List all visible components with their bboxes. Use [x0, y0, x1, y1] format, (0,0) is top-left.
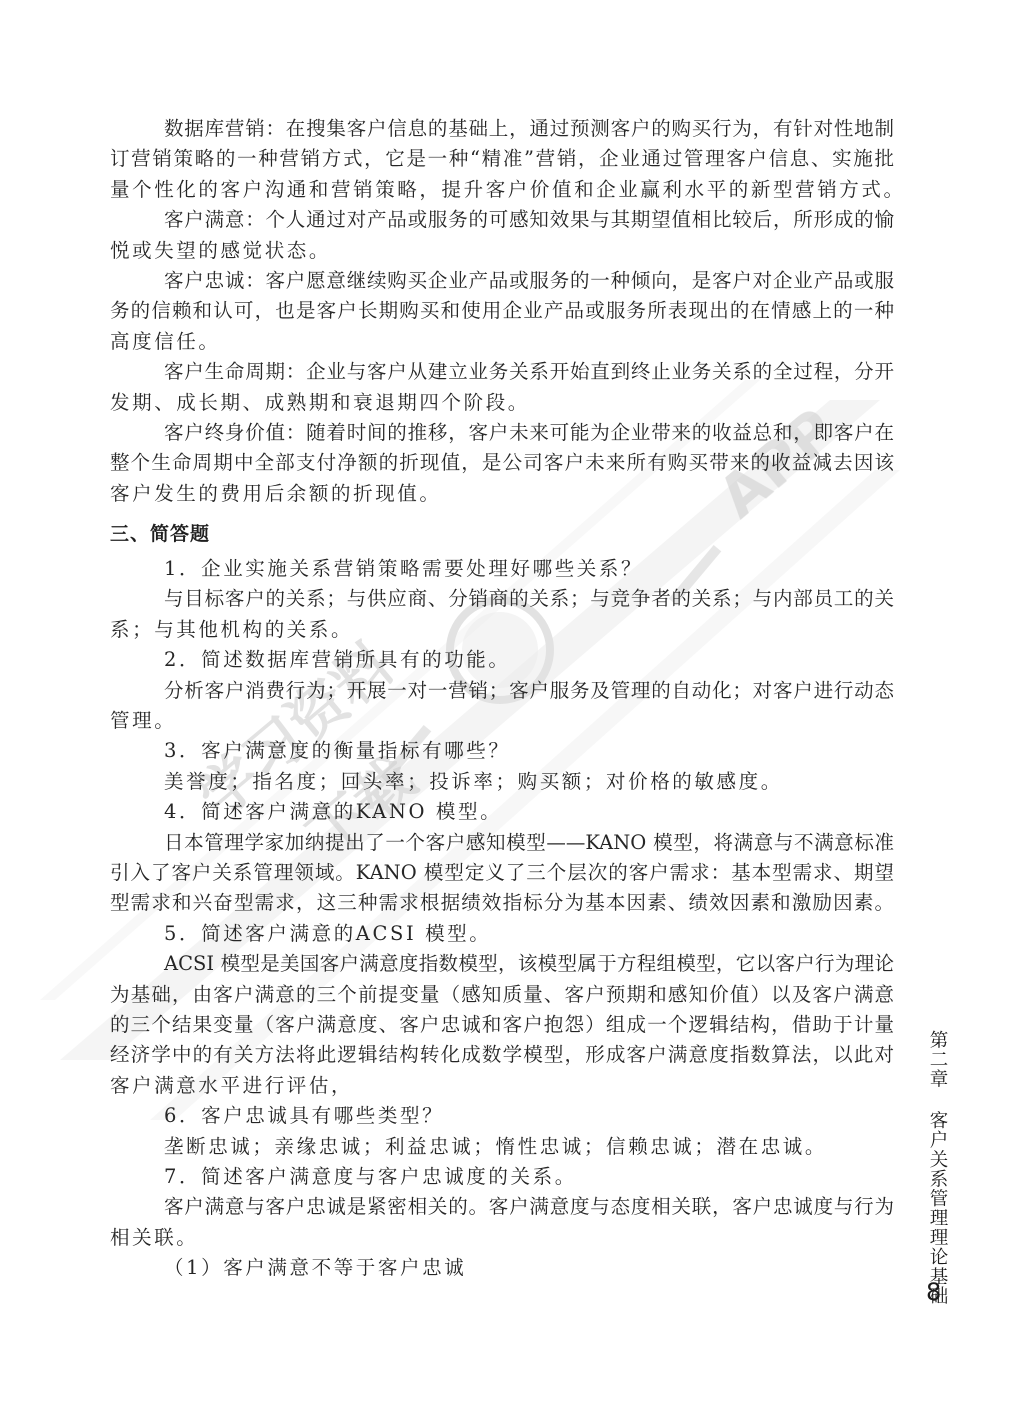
answer-line: 客户满意水平进行评估，	[110, 1071, 894, 1101]
chapter-title: 客户关系管理理论基础	[927, 1111, 948, 1306]
answer-line: 经济学中的有关方法将此逻辑结构转化成数学模型，形成客户满意度指数算法，以此对	[110, 1040, 894, 1070]
question-6: 6．客户忠诚具有哪些类型？ 垄断忠诚；亲缘忠诚；利益忠诚；惰性忠诚；信赖忠诚；潜…	[110, 1101, 894, 1162]
document-page: 学习资料 下载 APP 数据库营销：在搜集客户信息的基础上，通过预测客户的购买行…	[0, 0, 1015, 1413]
answer-line: 分析客户消费行为；开展一对一营销；客户服务及管理的自动化；对客户进行动态	[110, 676, 894, 706]
question-text: 6．客户忠诚具有哪些类型？	[110, 1101, 894, 1131]
question-text: 3．客户满意度的衡量指标有哪些？	[110, 736, 894, 766]
page-number: 8	[926, 1278, 941, 1306]
question-4: 4．简述客户满意的KANO 模型。 日本管理学家加纳提出了一个客户感知模型——K…	[110, 797, 894, 919]
chapter-number: 第二章	[927, 1030, 948, 1089]
answer-line: （1）客户满意不等于客户忠诚	[110, 1253, 894, 1283]
text-line: 整个生命周期中全部支付净额的折现值，是公司客户未来所有购买带来的收益减去因该	[110, 448, 894, 478]
text-line: 订营销策略的一种营销方式，它是一种“精准”营销，企业通过管理客户信息、实施批	[110, 144, 894, 174]
answer-line: 相关联。	[110, 1223, 894, 1253]
answer-line: 型需求和兴奋型需求，这三种需求根据绩效指标分为基本因素、绩效因素和激励因素。	[110, 888, 894, 918]
answer-line: 与目标客户的关系；与供应商、分销商的关系；与竞争者的关系；与内部员工的关	[110, 584, 894, 614]
question-3: 3．客户满意度的衡量指标有哪些？ 美誉度；指名度；回头率；投诉率；购买额；对价格…	[110, 736, 894, 797]
definition-customer-lifecycle: 客户生命周期：企业与客户从建立业务关系开始直到终止业务关系的全过程，分开 发期、…	[110, 357, 894, 418]
definition-database-marketing: 数据库营销：在搜集客户信息的基础上，通过预测客户的购买行为，有针对性地制 订营销…	[110, 114, 894, 205]
answer-line: 日本管理学家加纳提出了一个客户感知模型——KANO 模型，将满意与不满意标准	[110, 828, 894, 858]
question-5: 5．简述客户满意的ACSI 模型。 ACSI 模型是美国客户满意度指数模型，该模…	[110, 919, 894, 1101]
question-1: 1．企业实施关系营销策略需要处理好哪些关系？ 与目标客户的关系；与供应商、分销商…	[110, 554, 894, 645]
answer-line: 为基础，由客户满意的三个前提变量（感知质量、客户预期和感知价值）以及客户满意	[110, 980, 894, 1010]
text-line: 客户满意：个人通过对产品或服务的可感知效果与其期望值相比较后，所形成的愉	[110, 205, 894, 235]
question-text: 4．简述客户满意的KANO 模型。	[110, 797, 894, 827]
answer-line: ACSI 模型是美国客户满意度指数模型，该模型属于方程组模型，它以客户行为理论	[110, 949, 894, 979]
question-text: 7．简述客户满意度与客户忠诚度的关系。	[110, 1162, 894, 1192]
text-line: 客户发生的费用后余额的折现值。	[110, 479, 894, 509]
question-text: 2．简述数据库营销所具有的功能。	[110, 645, 894, 675]
answer-line: 引入了客户关系管理领域。KANO 模型定义了三个层次的客户需求：基本型需求、期望	[110, 858, 894, 888]
text-line: 客户生命周期：企业与客户从建立业务关系开始直到终止业务关系的全过程，分开	[110, 357, 894, 387]
answer-line: 客户满意与客户忠诚是紧密相关的。客户满意度与态度相关联，客户忠诚度与行为	[110, 1192, 894, 1222]
text-line: 务的信赖和认可，也是客户长期购买和使用企业产品或服务所表现出的在情感上的一种	[110, 296, 894, 326]
text-line: 数据库营销：在搜集客户信息的基础上，通过预测客户的购买行为，有针对性地制	[110, 114, 894, 144]
page-content: 数据库营销：在搜集客户信息的基础上，通过预测客户的购买行为，有针对性地制 订营销…	[110, 114, 894, 1283]
text-line: 发期、成长期、成熟期和衰退期四个阶段。	[110, 388, 894, 418]
definition-customer-loyalty: 客户忠诚：客户愿意继续购买企业产品或服务的一种倾向，是客户对企业产品或服 务的信…	[110, 266, 894, 357]
question-7: 7．简述客户满意度与客户忠诚度的关系。 客户满意与客户忠诚是紧密相关的。客户满意…	[110, 1162, 894, 1284]
answer-line: 垄断忠诚；亲缘忠诚；利益忠诚；惰性忠诚；信赖忠诚；潜在忠诚。	[110, 1132, 894, 1162]
text-line: 悦或失望的感觉状态。	[110, 236, 894, 266]
text-line: 客户忠诚：客户愿意继续购买企业产品或服务的一种倾向，是客户对企业产品或服	[110, 266, 894, 296]
answer-line: 系；与其他机构的关系。	[110, 615, 894, 645]
text-line: 高度信任。	[110, 327, 894, 357]
text-line: 客户终身价值：随着时间的推移，客户未来可能为企业带来的收益总和，即客户在	[110, 418, 894, 448]
text-line: 量个性化的客户沟通和营销策略，提升客户价值和企业赢利水平的新型营销方式。	[110, 175, 894, 205]
chapter-side-tab: 第二章客户关系管理理论基础	[918, 1030, 958, 1306]
definition-customer-lifetime-value: 客户终身价值：随着时间的推移，客户未来可能为企业带来的收益总和，即客户在 整个生…	[110, 418, 894, 509]
question-text: 1．企业实施关系营销策略需要处理好哪些关系？	[110, 554, 894, 584]
question-text: 5．简述客户满意的ACSI 模型。	[110, 919, 894, 949]
answer-line: 管理。	[110, 706, 894, 736]
definition-customer-satisfaction: 客户满意：个人通过对产品或服务的可感知效果与其期望值相比较后，所形成的愉 悦或失…	[110, 205, 894, 266]
section-heading: 三、简答题	[110, 519, 894, 549]
question-2: 2．简述数据库营销所具有的功能。 分析客户消费行为；开展一对一营销；客户服务及管…	[110, 645, 894, 736]
answer-line: 美誉度；指名度；回头率；投诉率；购买额；对价格的敏感度。	[110, 767, 894, 797]
answer-line: 的三个结果变量（客户满意度、客户忠诚和客户抱怨）组成一个逻辑结构，借助于计量	[110, 1010, 894, 1040]
